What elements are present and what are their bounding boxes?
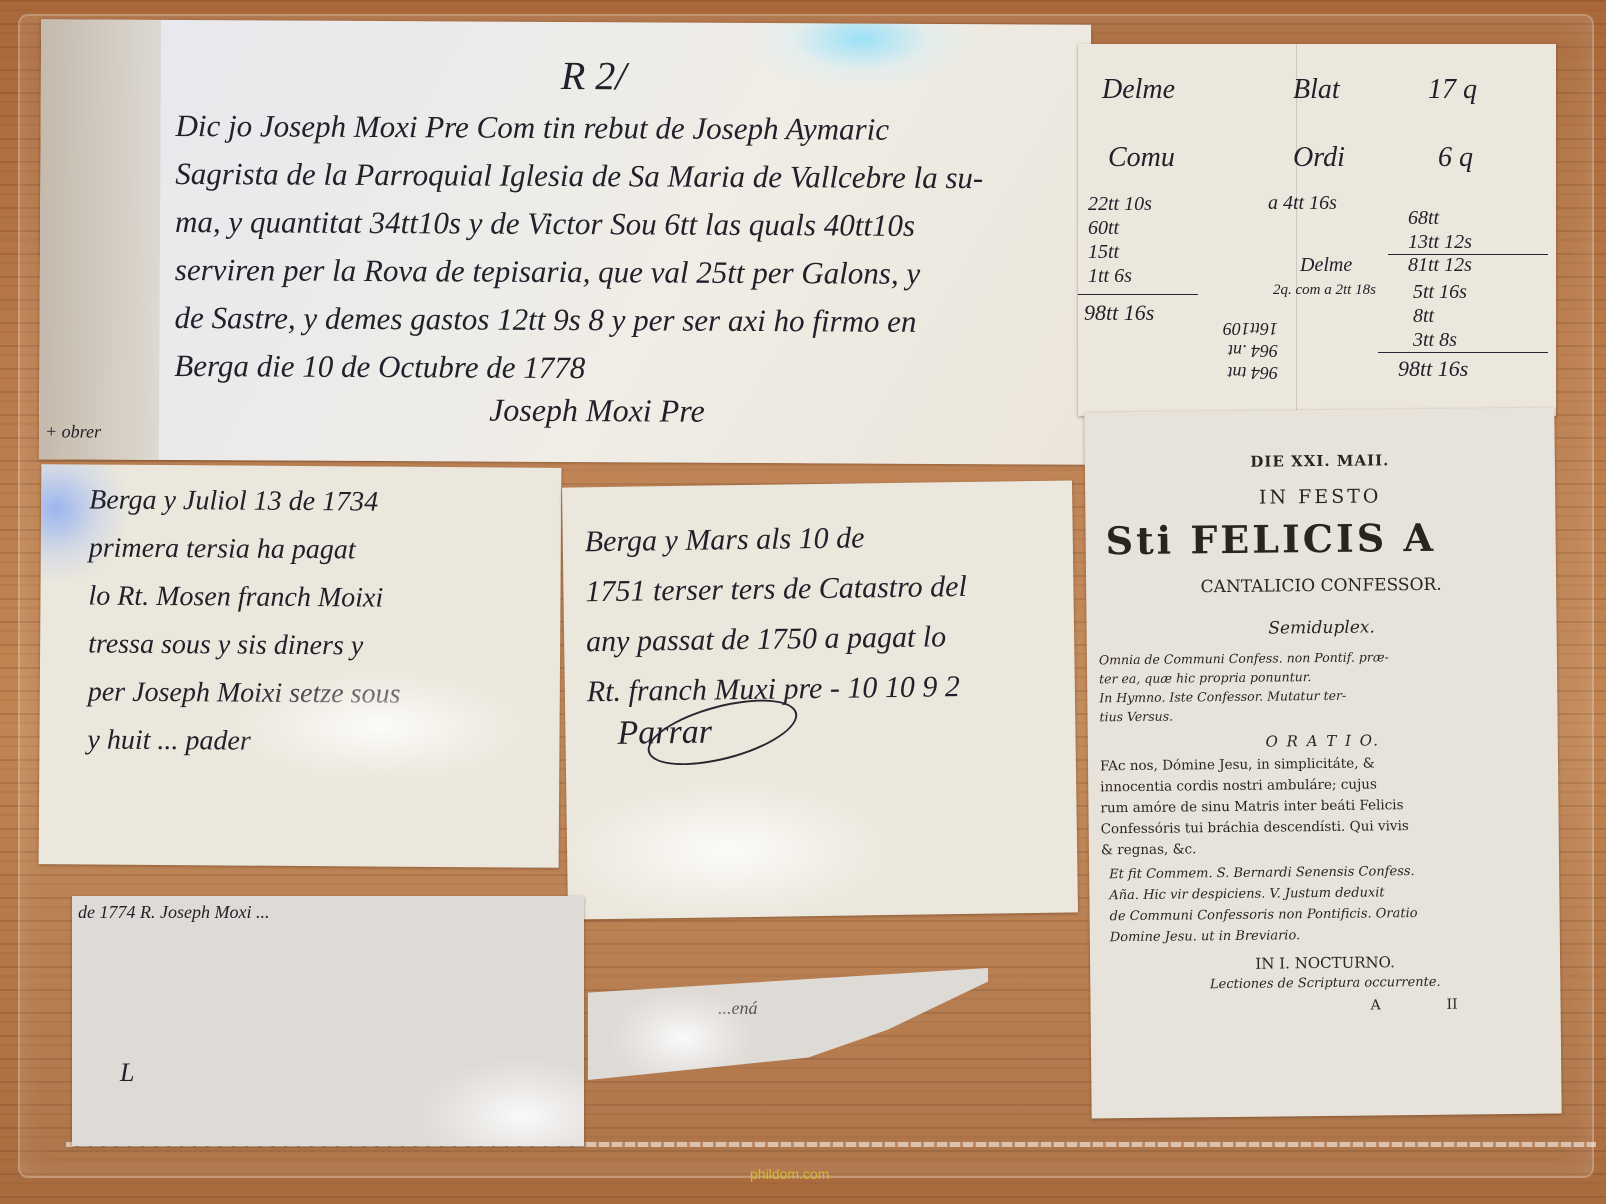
breviary-date: DIE XXI. MAII.	[1085, 450, 1555, 473]
stained-margin	[39, 19, 161, 460]
accounts-sheet: Delme Blat 17 q Comu Ordi 6 q 22tt 10s 6…	[1078, 44, 1556, 416]
row-comu-label: Comu	[1108, 142, 1175, 174]
delme-label: Delme	[1300, 254, 1352, 277]
breviary-nocturn: IN I. NOCTURNO.	[1090, 952, 1560, 975]
signature-mark-a: A	[1370, 997, 1380, 1013]
watermark: phildom.com	[750, 1166, 829, 1182]
row-comu-item: Ordi	[1293, 142, 1345, 174]
fragment-1774: de 1774 R. Joseph Moxi ... L	[72, 896, 584, 1146]
fragment-small-line: ...ená	[718, 998, 758, 1019]
right-column: 68tt 13tt 12s	[1408, 206, 1472, 254]
signature-mark-ii: II	[1446, 997, 1457, 1013]
receipt-1778-body: Dic jo Joseph Moxi Pre Com tin rebut de …	[174, 102, 983, 394]
breviary-lessons: Lectiones de Scriptura occurrente.	[1090, 974, 1560, 994]
receipt-1734: Berga y Juliol 13 de 1734 primera tersia…	[39, 464, 562, 868]
breviary-page: DIE XXI. MAII. IN FESTO Sti FELICIS A CA…	[1084, 408, 1561, 1119]
row-delme-item: Blat	[1293, 74, 1340, 106]
glare	[562, 773, 908, 920]
row-comu-qty: 6 q	[1438, 142, 1473, 174]
breviary-rank: Semiduplex.	[1086, 616, 1556, 641]
glare	[741, 19, 982, 94]
receipt-1751-body: Berga y Mars als 10 de 1751 terser ters …	[584, 512, 968, 717]
glare	[412, 1056, 584, 1146]
row-delme-qty: 17 q	[1428, 74, 1477, 106]
breviary-subtitle: CANTALICIO CONFESSOR.	[1086, 574, 1556, 599]
delme-value: 81tt 12s	[1408, 254, 1472, 277]
comu-label: 2q. com a 2tt 18s	[1273, 282, 1376, 299]
breviary-oratio: FAc nos, Dómine Jesu, in simplicitáte, &…	[1100, 753, 1409, 861]
fragment-1774-line: de 1774 R. Joseph Moxi ...	[78, 902, 269, 923]
breviary-saint: Sti FELICIS A	[1105, 515, 1436, 563]
left-column: 22tt 10s 60tt 15tt 1tt 6s	[1088, 192, 1152, 288]
receipt-1734-body: Berga y Juliol 13 de 1734 primera tersia…	[87, 477, 402, 767]
breviary-rubric: Omnia de Communi Confess. non Pontif. pr…	[1099, 647, 1390, 726]
breviary-oratio-title: O R A T I O.	[1088, 730, 1558, 753]
sum-rule	[1378, 352, 1548, 353]
signature-joseph-moxi: Joseph Moxi Pre	[489, 392, 705, 430]
sum-rule	[1078, 294, 1198, 295]
folio-mark: R 2/	[561, 52, 627, 99]
right-items: 5tt 16s 8tt 3tt 8s	[1413, 280, 1467, 352]
breviary-commemoration: Et fit Commem. S. Bernardi Senensis Conf…	[1109, 861, 1418, 948]
breviary-feast: IN FESTO	[1085, 484, 1555, 511]
margin-note: + obrer	[45, 421, 101, 442]
fragment-mark: L	[120, 1058, 134, 1088]
receipt-1751: Berga y Mars als 10 de 1751 terser ters …	[562, 480, 1078, 919]
receipt-1778: R 2/ Dic jo Joseph Moxi Pre Com tin rebu…	[39, 19, 1091, 464]
inverted-notes: 964 tnt 964 .nt 16tt109	[1223, 318, 1278, 384]
rate: a 4tt 16s	[1268, 192, 1337, 215]
right-total: 98tt 16s	[1398, 356, 1468, 382]
row-delme-label: Delme	[1102, 74, 1175, 106]
left-total: 98tt 16s	[1084, 300, 1154, 326]
